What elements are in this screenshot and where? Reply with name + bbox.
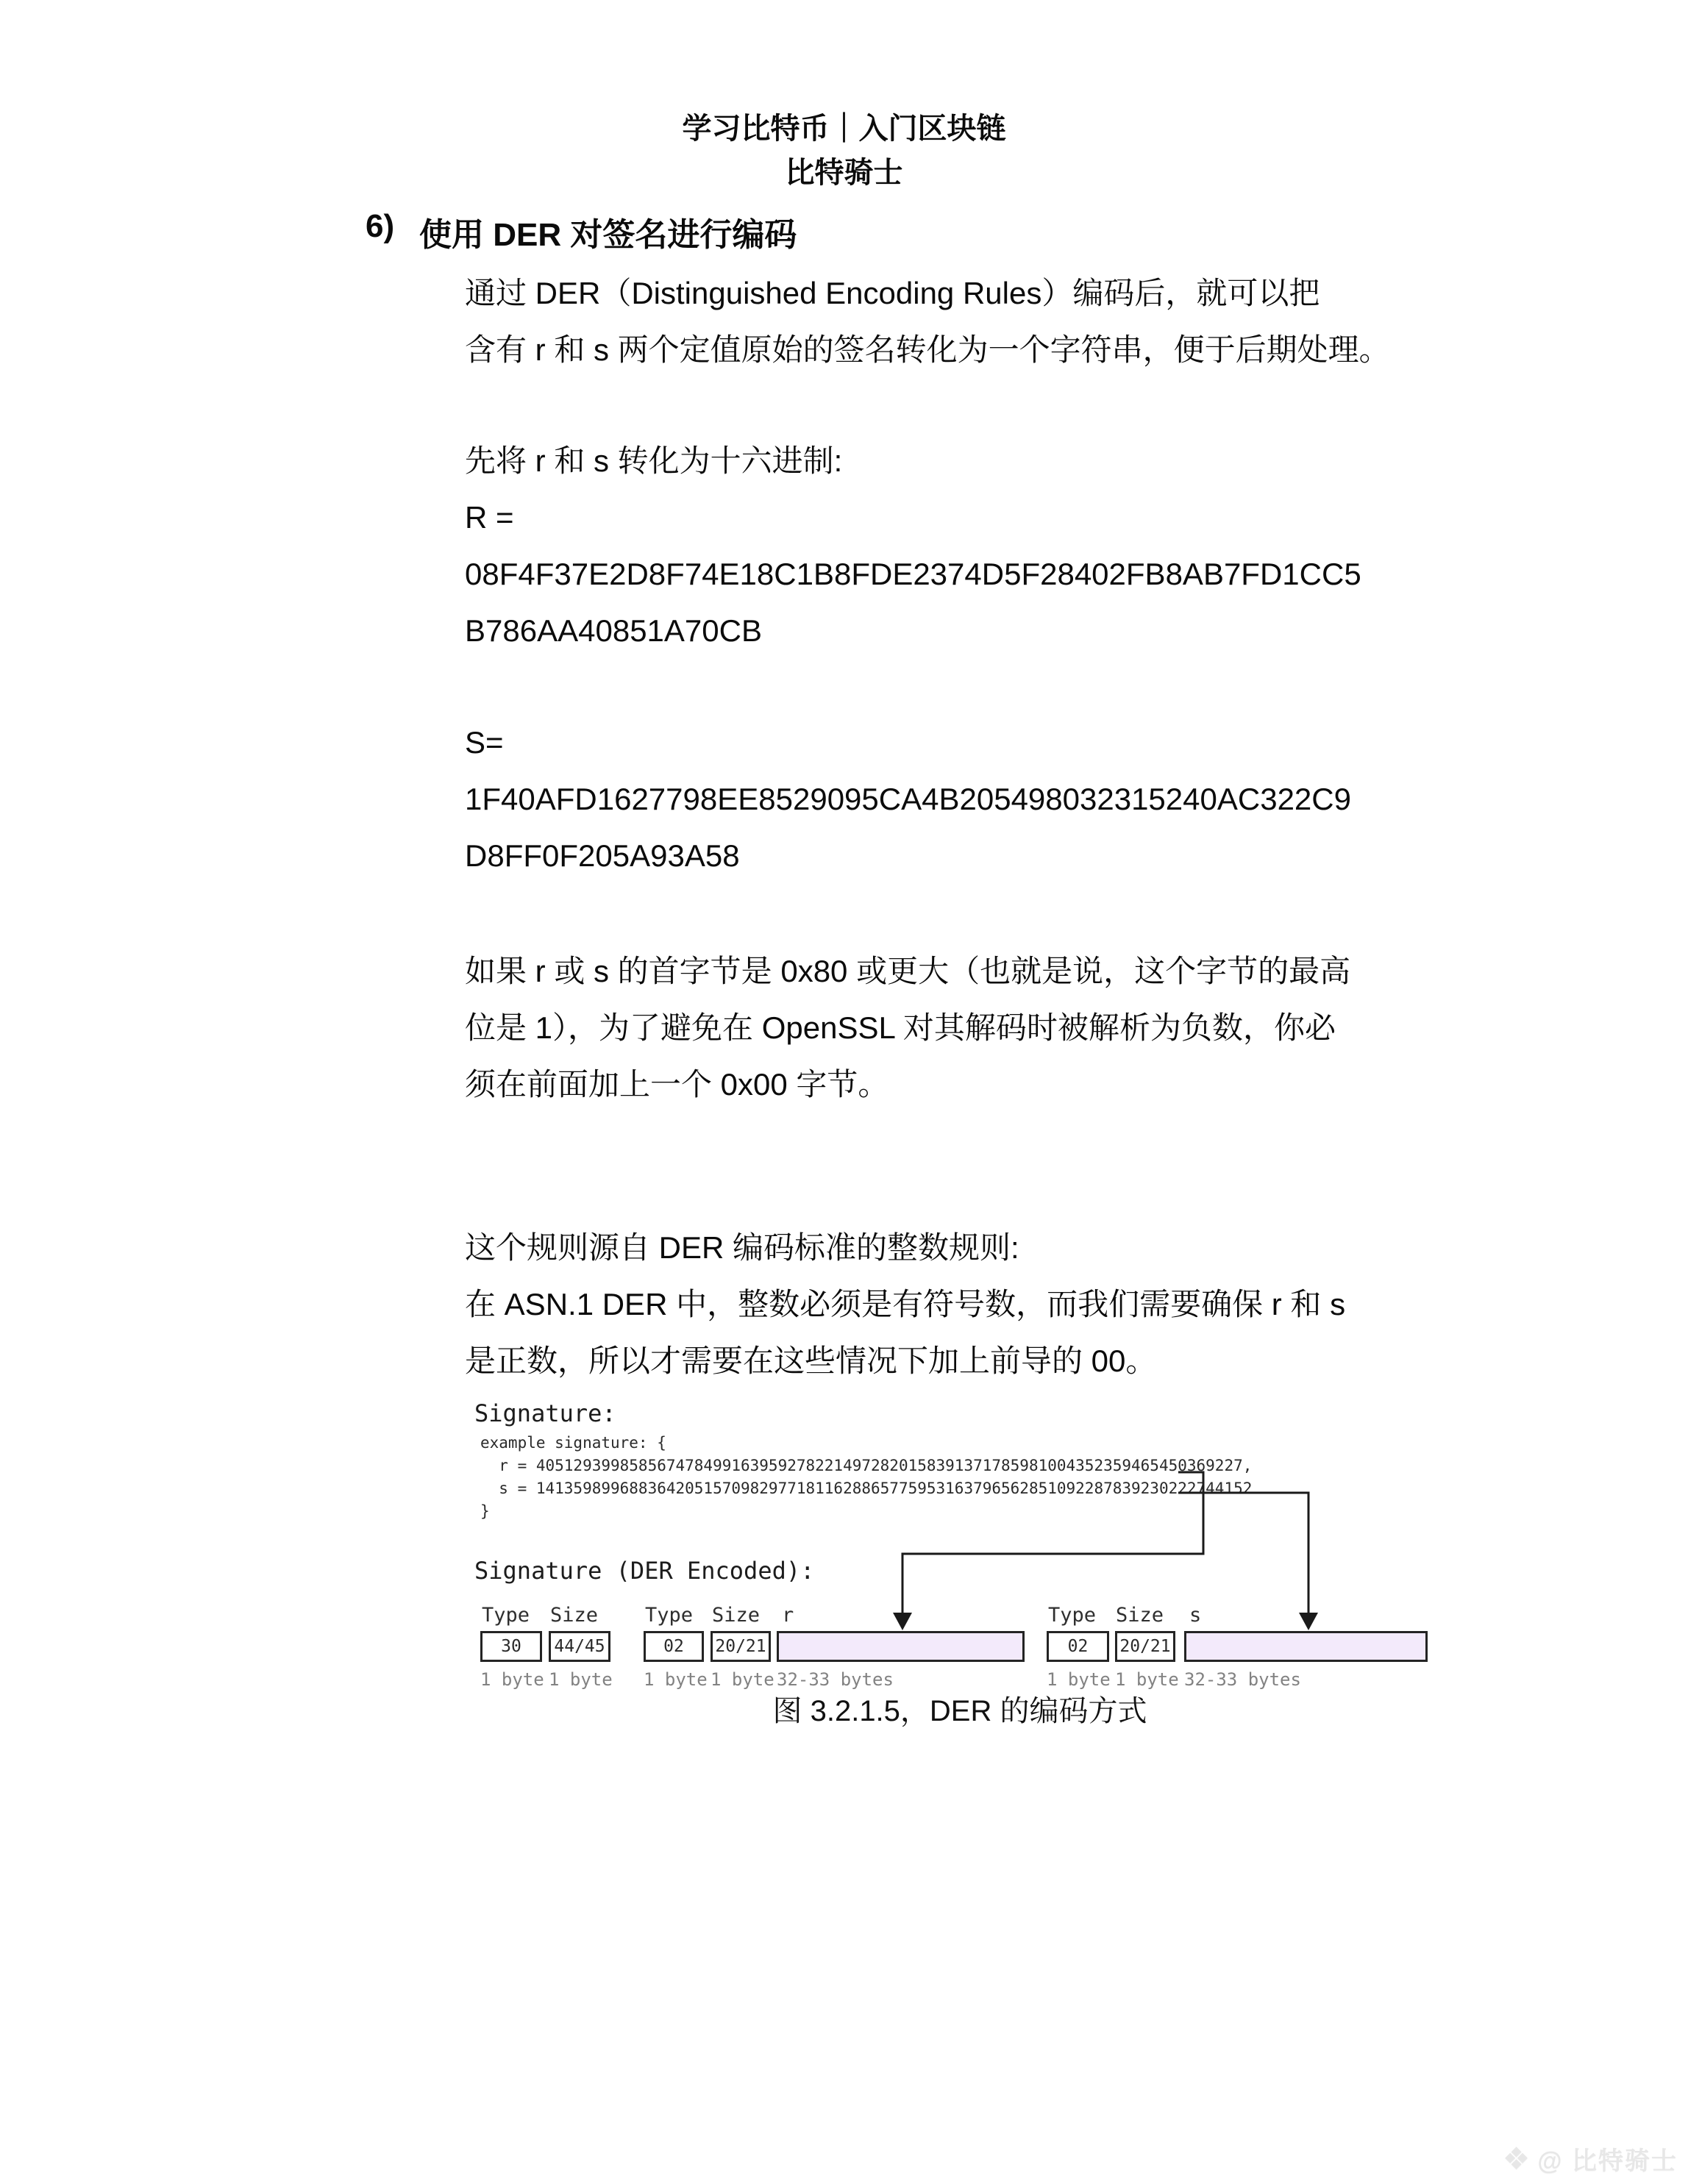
box-sequence-type: 30 <box>480 1631 542 1662</box>
bytes-seq-type: 1 byte <box>480 1669 544 1690</box>
paragraph-rule-der: 这个规则源自 DER 编码标准的整数规则: 在 ASN.1 DER 中，整数必须… <box>465 1219 1406 1389</box>
section-title: 使用 DER 对签名进行编码 <box>419 208 797 255</box>
box-sequence-size: 44/45 <box>549 1631 610 1662</box>
bytes-s-value: 32-33 bytes <box>1184 1669 1301 1690</box>
bytes-seq-size: 1 byte <box>549 1669 613 1690</box>
figure-der-heading: Signature (DER Encoded): <box>474 1557 814 1585</box>
bytes-r-value: 32-33 bytes <box>777 1669 894 1690</box>
box-s-value <box>1184 1631 1428 1662</box>
box-r-value <box>777 1631 1025 1662</box>
label-type-seq: Type <box>482 1604 530 1627</box>
document-page: 学习比特币｜入门区块链 比特骑士 6) 使用 DER 对签名进行编码 通过 DE… <box>0 0 1688 2184</box>
section-number: 6) <box>366 208 419 255</box>
label-size-seq: Size <box>550 1604 598 1627</box>
paragraph-rule-0x80: 如果 r 或 s 的首字节是 0x80 或更大（也就是说，这个字节的最高 位是 … <box>465 943 1406 1113</box>
label-size-s: Size <box>1116 1604 1164 1627</box>
box-r-size: 20/21 <box>711 1631 771 1662</box>
header-title: 学习比特币｜入门区块链 <box>0 110 1688 147</box>
bytes-s-size: 1 byte <box>1115 1669 1179 1690</box>
bytes-s-type: 1 byte <box>1047 1669 1111 1690</box>
header-author: 比特骑士 <box>0 154 1688 191</box>
r-value: 08F4F37E2D8F74E18C1B8FDE2374D5F28402FB8A… <box>465 546 1495 659</box>
page-header: 学习比特币｜入门区块链 比特骑士 <box>0 110 1688 191</box>
figure-signature-heading: Signature: <box>474 1399 616 1427</box>
box-r-type: 02 <box>644 1631 704 1662</box>
diamond-logo-icon: ❖ <box>1503 2144 1531 2174</box>
label-type-s: Type <box>1048 1604 1096 1627</box>
label-type-r: Type <box>645 1604 693 1627</box>
box-s-type: 02 <box>1047 1631 1109 1662</box>
figure-example-signature: example signature: { r = 405129399858567… <box>480 1432 1252 1523</box>
paragraph-intro: 通过 DER（Distinguished Encoding Rules）编码后，… <box>465 265 1392 378</box>
section-heading: 6) 使用 DER 对签名进行编码 <box>366 208 797 255</box>
der-figure: Signature: example signature: { r = 4051… <box>474 1393 1445 1710</box>
paragraph-hex-intro: 先将 r 和 s 转化为十六进制: <box>465 432 842 489</box>
label-size-r: Size <box>712 1604 760 1627</box>
s-label: S= <box>465 714 504 771</box>
label-r: r <box>782 1604 794 1627</box>
figure-caption: 图 3.2.1.5，DER 的编码方式 <box>474 1688 1445 1730</box>
s-value: 1F40AFD1627798EE8529095CA4B2054980323152… <box>465 771 1495 884</box>
box-s-size: 20/21 <box>1115 1631 1175 1662</box>
label-s: s <box>1189 1604 1201 1627</box>
r-label: R = <box>465 489 514 546</box>
bytes-r-type: 1 byte <box>644 1669 708 1690</box>
watermark: ❖ @ 比特骑士 <box>1503 2141 1678 2177</box>
bytes-r-size: 1 byte <box>711 1669 774 1690</box>
watermark-text: @ 比特骑士 <box>1537 2141 1678 2177</box>
